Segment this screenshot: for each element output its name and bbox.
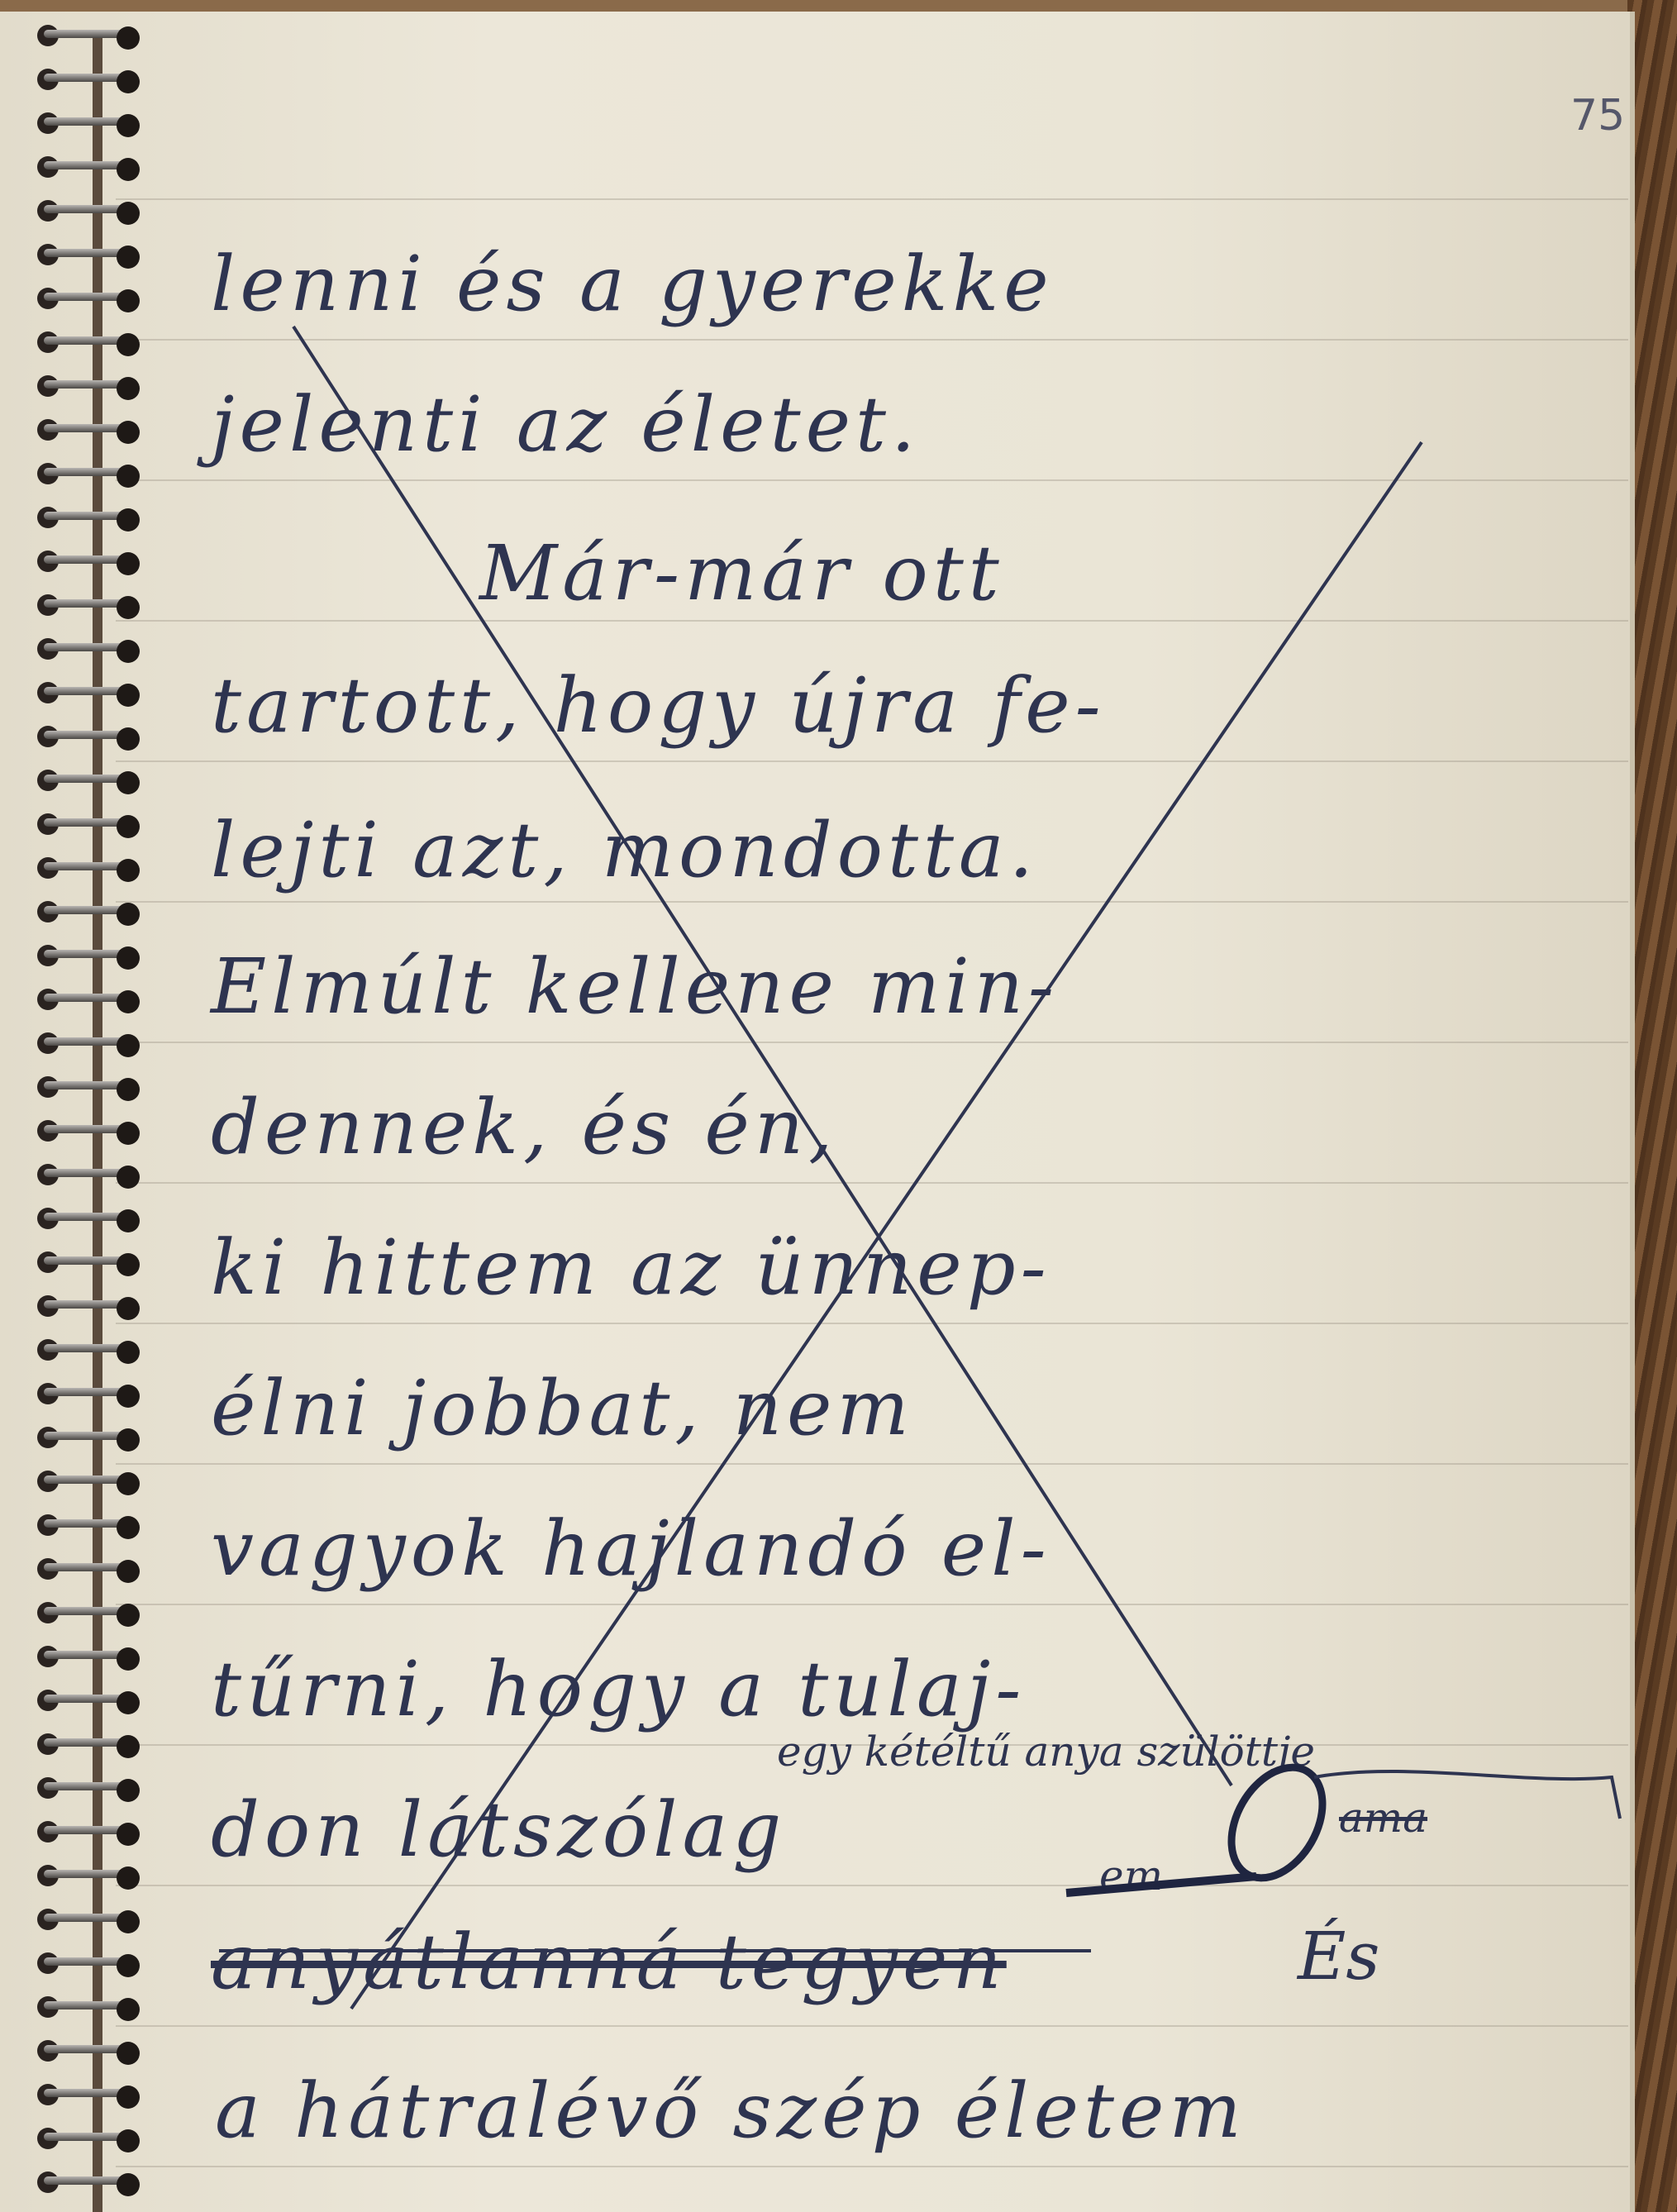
cross-out-mark	[0, 0, 1677, 2212]
